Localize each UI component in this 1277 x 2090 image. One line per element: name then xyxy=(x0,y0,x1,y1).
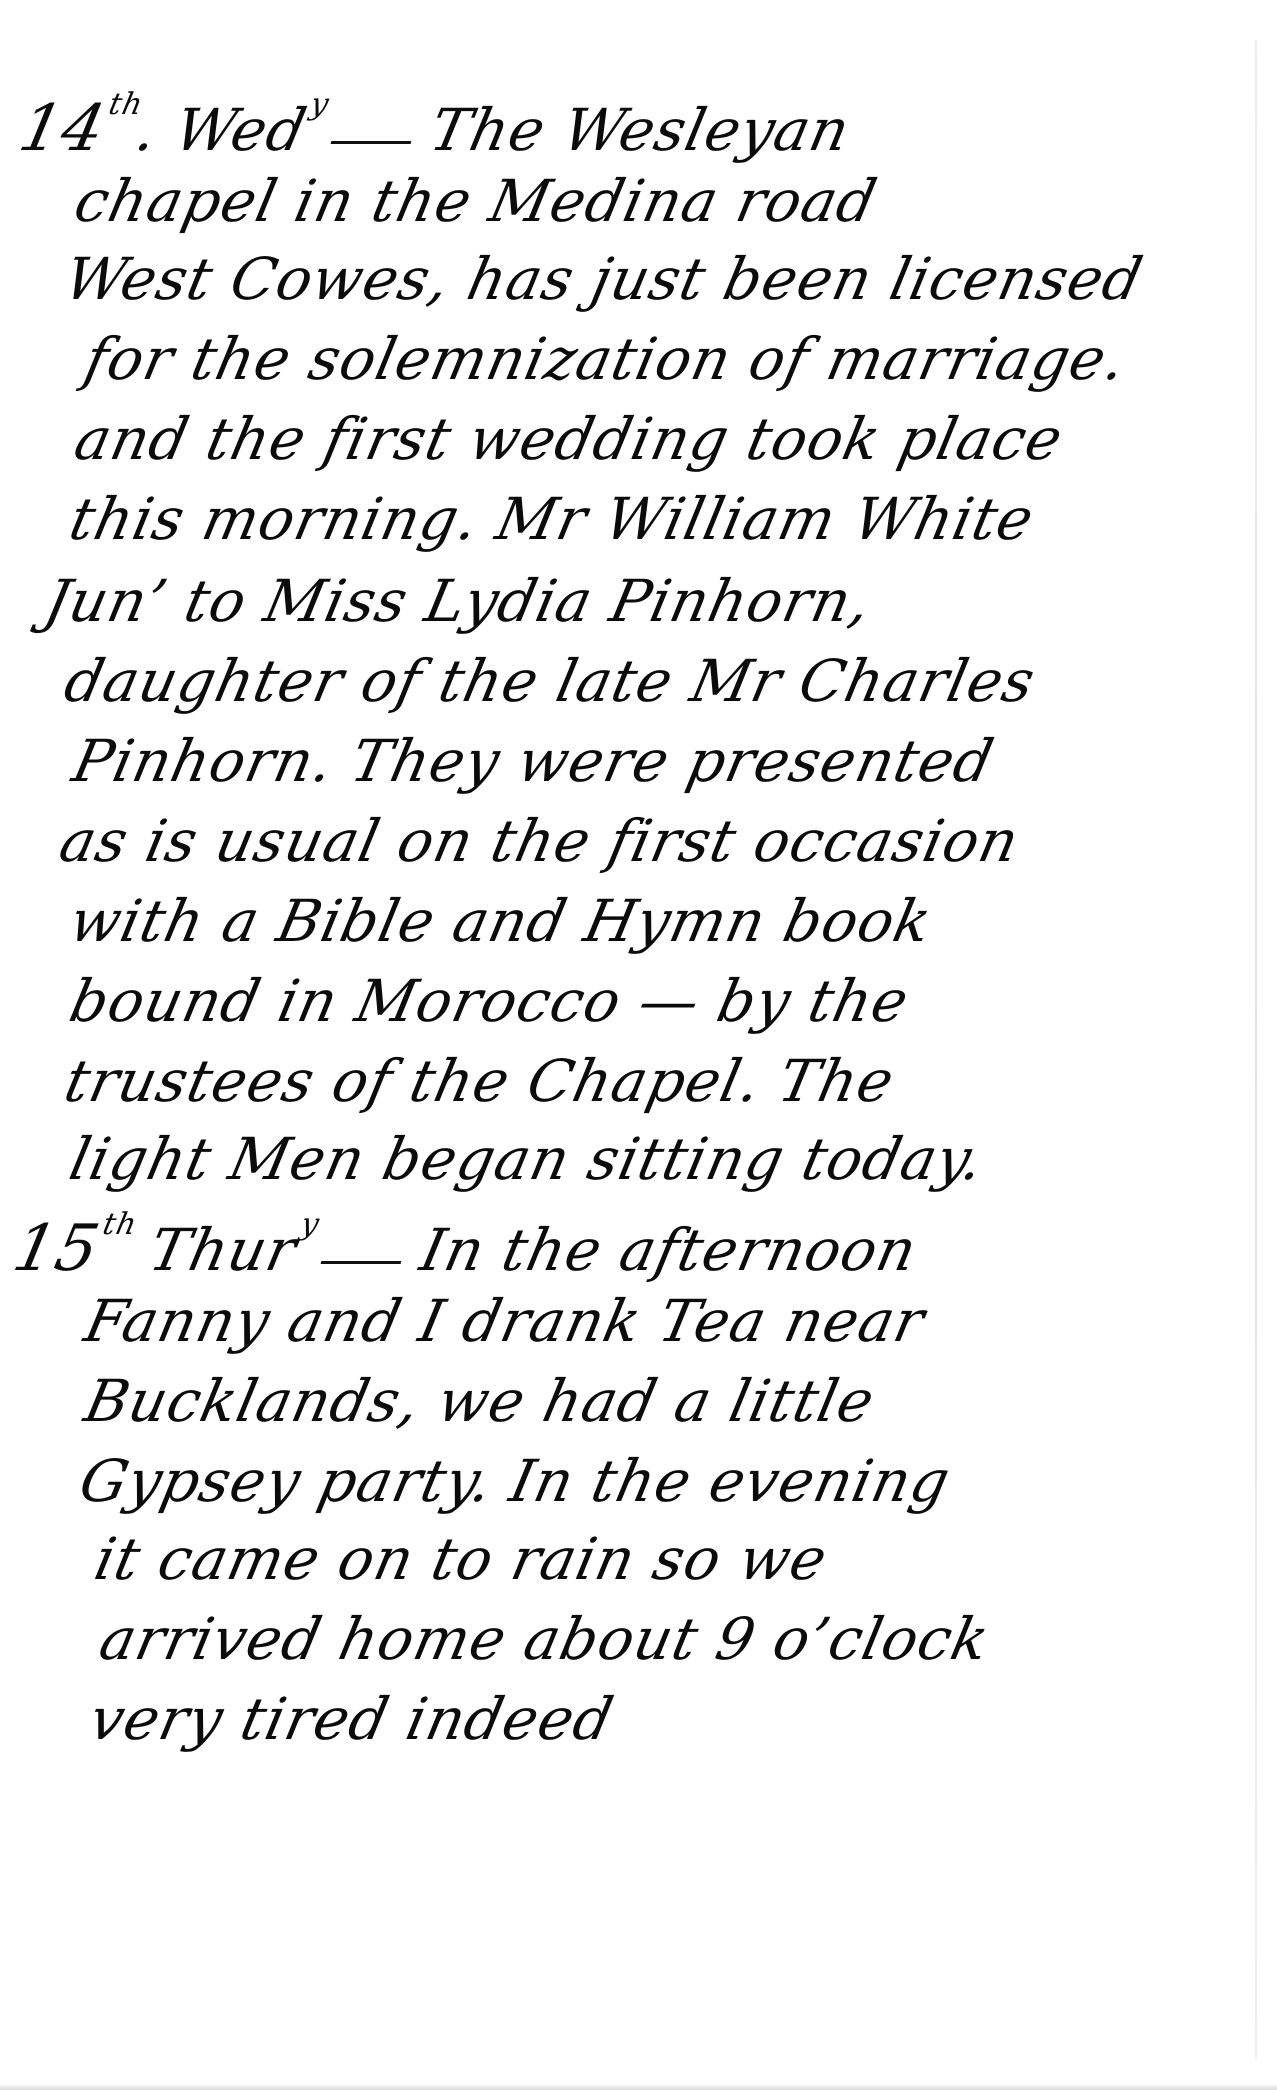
entry-14-line-13: light Men began sitting today. xyxy=(65,1130,989,1188)
entry-15-line-0: In the afternoon xyxy=(415,1216,924,1284)
entry-15-header: 15th ThuryIn the afternoon xyxy=(8,1210,925,1281)
entry-14-line-4: and the first wedding took place xyxy=(70,410,1068,468)
entry-14-line-12: trustees of the Chapel. The xyxy=(60,1052,899,1110)
entry-14-line-7: daughter of the late Mr Charles xyxy=(60,652,1040,710)
entry-14-weekday: Wed xyxy=(169,96,313,164)
entry-15-day-number: 15 xyxy=(7,1212,106,1286)
page-bottom-edge xyxy=(0,2084,1277,2090)
entry-14-line-9: as is usual on the first occasion xyxy=(55,812,1024,870)
entry-14-header: 14th. WedyThe Wesleyan xyxy=(14,90,857,161)
page-edge xyxy=(1255,40,1257,2060)
entry-14-dash xyxy=(331,141,412,144)
entry-15-weekday: Thur xyxy=(144,1216,304,1284)
entry-14-line-6: Jun’ to Miss Lydia Pinhorn, xyxy=(40,572,876,630)
entry-14-weekday-suffix: y xyxy=(307,87,332,122)
entry-14-line-11: bound in Morocco — by the xyxy=(65,972,914,1030)
entry-15-dash xyxy=(321,1261,402,1264)
entry-14-line-10: with a Bible and Hymn book xyxy=(65,892,937,950)
entry-14-line-3: for the solemnization of marriage. xyxy=(80,330,1131,388)
entry-15-line-6: very tired indeed xyxy=(85,1690,619,1748)
entry-14-line-8: Pinhorn. They were presented xyxy=(68,732,999,790)
entry-14-line-0: The Wesleyan xyxy=(424,96,856,164)
entry-15-line-1: Fanny and I drank Tea near xyxy=(80,1292,930,1350)
entry-15-line-3: Gypsey party. In the evening xyxy=(75,1452,955,1510)
entry-14-line-2: West Cowes, has just been licensed xyxy=(60,250,1148,308)
entry-15-day-suffix: th xyxy=(100,1207,141,1242)
entry-14-day-suffix: th xyxy=(106,87,147,122)
entry-14-day-number: 14 xyxy=(13,92,112,166)
diary-page: 14th. WedyThe Wesleyan chapel in the Med… xyxy=(0,0,1277,2090)
entry-14-line-1: chapel in the Medina road xyxy=(70,172,882,230)
entry-15-line-4: it came on to rain so we xyxy=(90,1530,833,1588)
entry-14-line-5: this morning. Mr William White xyxy=(65,490,1039,548)
entry-15-line-2: Bucklands, we had a little xyxy=(80,1372,880,1430)
entry-15-line-5: arrived home about 9 o’clock xyxy=(95,1610,995,1668)
entry-15-weekday-suffix: y xyxy=(298,1207,323,1242)
